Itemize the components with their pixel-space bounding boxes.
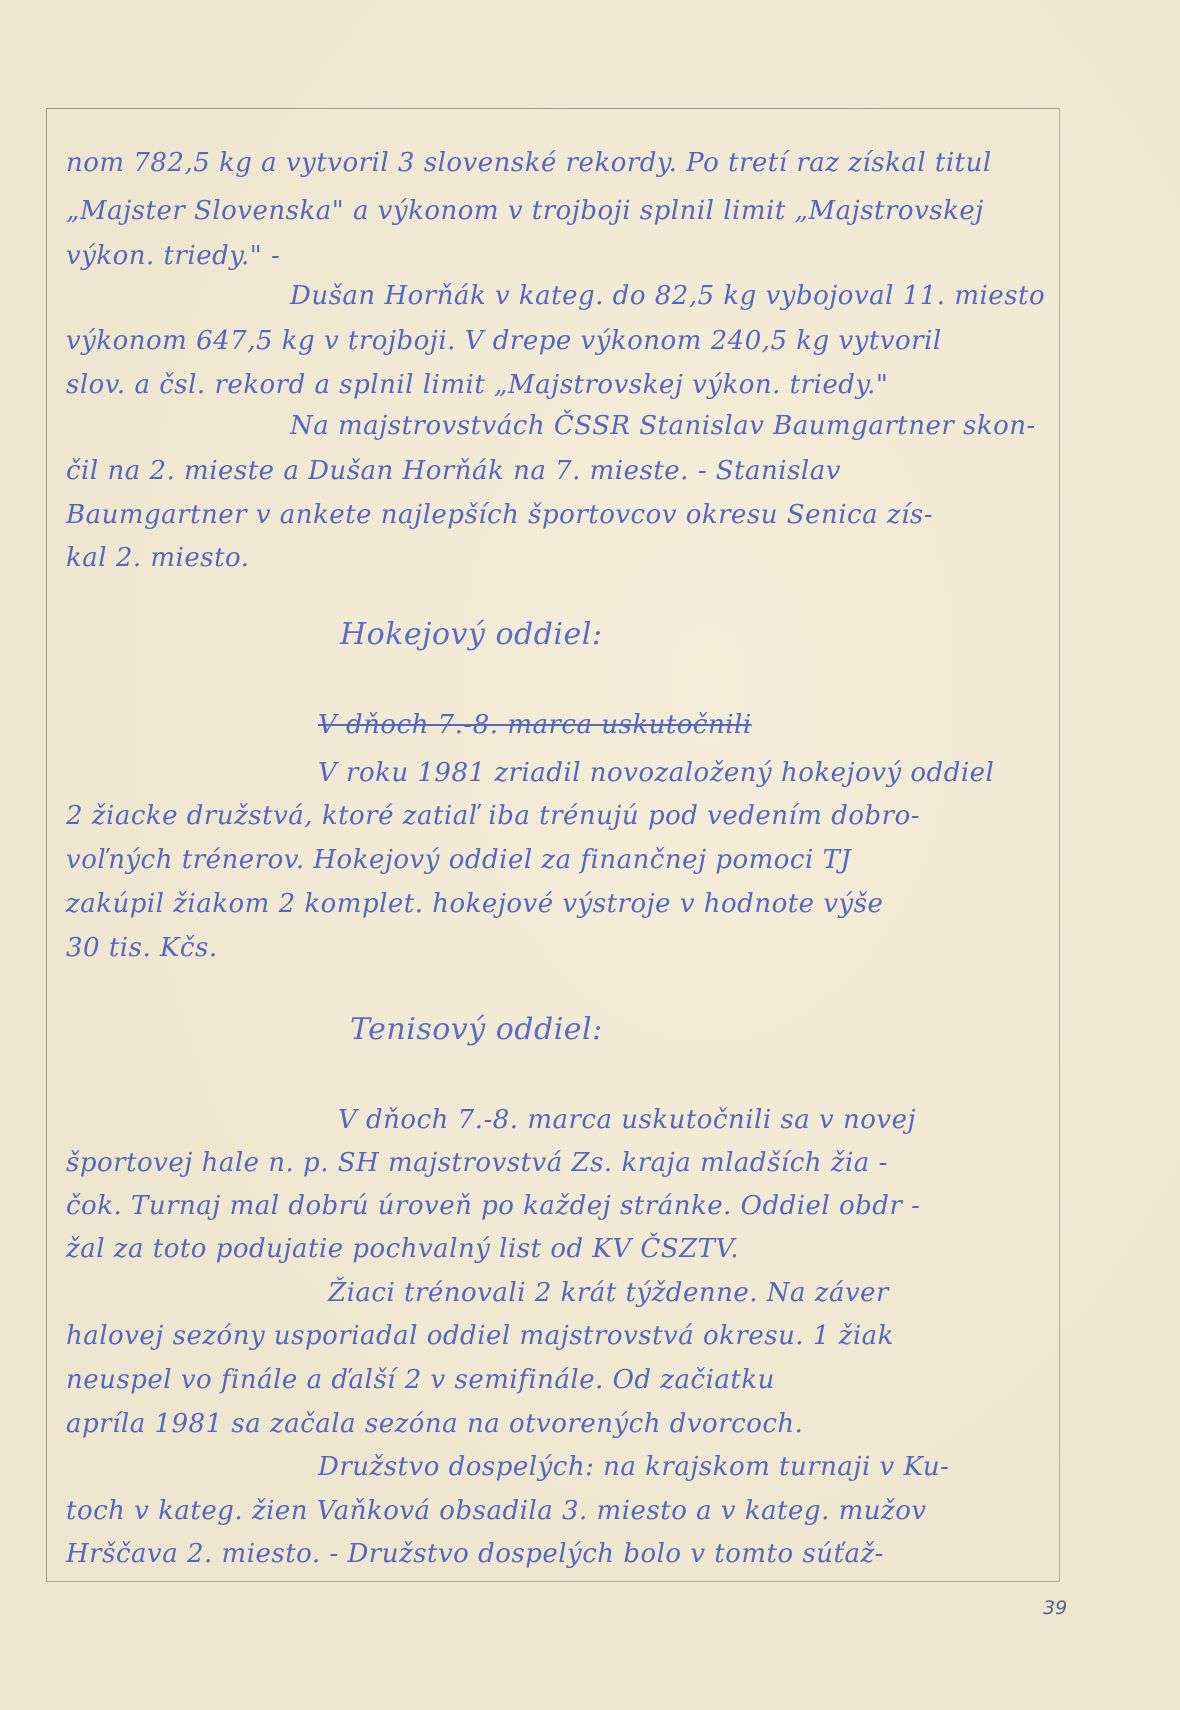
text-line: Baumgartner v ankete najlepších športovc… bbox=[66, 502, 933, 528]
text-line: čil na 2. mieste a Dušan Horňák na 7. mi… bbox=[66, 458, 841, 484]
text-line: V dňoch 7.-8. marca uskutočnili sa v nov… bbox=[338, 1107, 916, 1133]
text-line: V roku 1981 zriadil novozaložený hokejov… bbox=[318, 760, 994, 786]
text-line: kal 2. miesto. bbox=[66, 545, 250, 571]
section-heading-tennis: Tenisový oddiel: bbox=[350, 1015, 603, 1045]
text-line: slov. a čsl. rekord a splnil limit „Majs… bbox=[66, 372, 888, 398]
text-line: športovej hale n. p. SH majstrovstvá Zs.… bbox=[66, 1150, 888, 1176]
section-heading-hockey: Hokejový oddiel: bbox=[340, 620, 602, 650]
text-line: halovej sezóny usporiadal oddiel majstro… bbox=[66, 1323, 894, 1349]
text-line: „Majster Slovenska" a výkonom v trojboji… bbox=[66, 198, 984, 224]
text-line: neuspel vo finále a ďalší 2 v semifinále… bbox=[66, 1367, 775, 1393]
text-line: voľných trénerov. Hokejový oddiel za fin… bbox=[66, 847, 851, 873]
text-line: žal za toto podujatie pochvalný list od … bbox=[66, 1236, 739, 1262]
struck-through-line: V dňoch 7.-8. marca uskutočnili bbox=[318, 712, 752, 738]
text-line: 30 tis. Kčs. bbox=[66, 935, 218, 961]
text-line: výkonom 647,5 kg v trojboji. V drepe výk… bbox=[66, 328, 942, 354]
text-line: zakúpil žiakom 2 komplet. hokejové výstr… bbox=[66, 891, 883, 917]
text-line: toch v kateg. žien Vaňková obsadila 3. m… bbox=[66, 1498, 927, 1524]
text-line: Družstvo dospelých: na krajskom turnaji … bbox=[318, 1454, 949, 1480]
text-line: Dušan Horňák v kateg. do 82,5 kg vybojov… bbox=[290, 283, 1045, 309]
text-line: nom 782,5 kg a vytvoril 3 slovenské reko… bbox=[66, 150, 992, 176]
page-number: 39 bbox=[1043, 1597, 1067, 1619]
text-line: Hrščava 2. miesto. - Družstvo dospelých … bbox=[66, 1541, 884, 1567]
text-line: čok. Turnaj mal dobrú úroveň po každej s… bbox=[66, 1193, 920, 1219]
text-line: Na majstrovstvách ČSSR Stanislav Baumgar… bbox=[290, 413, 1036, 439]
text-line: výkon. triedy." - bbox=[66, 243, 280, 269]
text-line: Žiaci trénovali 2 krát týždenne. Na záve… bbox=[328, 1280, 889, 1306]
text-line: apríla 1981 sa začala sezóna na otvorený… bbox=[66, 1411, 803, 1437]
text-line: 2 žiacke družstvá, ktoré zatiaľ iba trén… bbox=[66, 803, 920, 829]
